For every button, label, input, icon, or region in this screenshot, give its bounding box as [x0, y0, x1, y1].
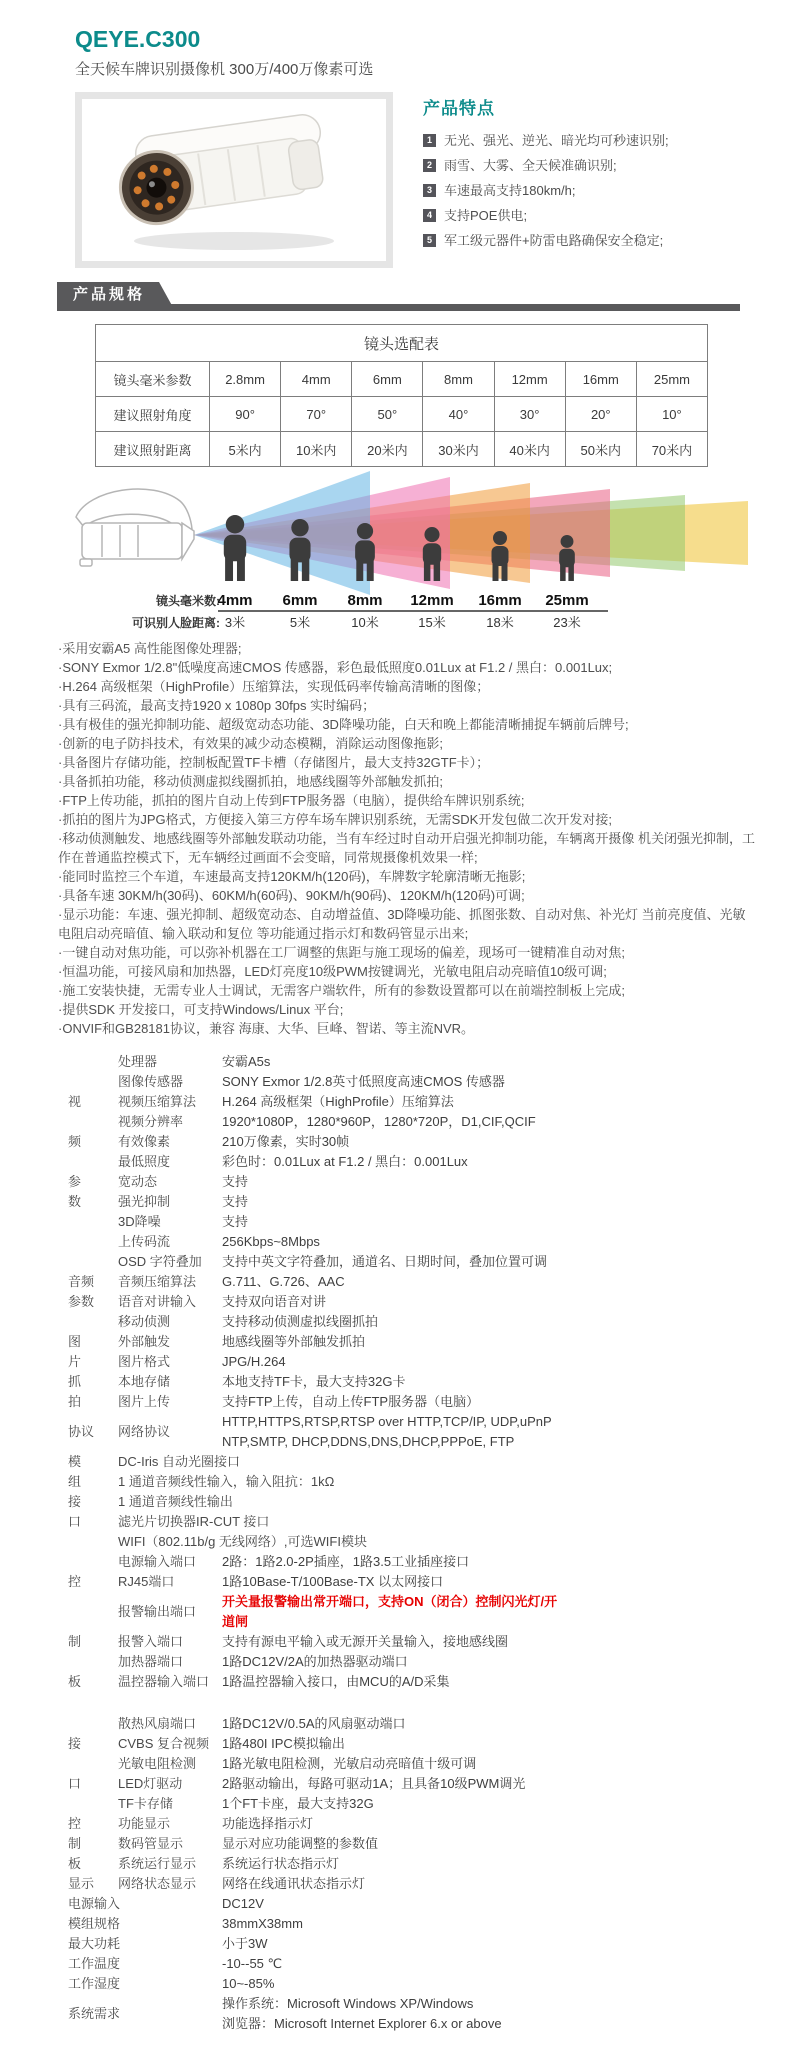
description-line: ·创新的电子防抖技术，有效果的减少动态模糊，消除运动图像拖影;	[58, 734, 758, 753]
spec-value-line: 1个FT卡座，最大支持32G	[222, 1794, 748, 1814]
spec-value: SONY Exmor 1/2.8英寸低照度高速CMOS 传感器	[222, 1072, 748, 1092]
spec-category: 口	[68, 1512, 118, 1532]
spec-category: 口	[68, 1774, 118, 1794]
spec-value-line: 支持	[222, 1172, 748, 1192]
page-header: QEYE.C300 全天候车牌识别摄像机 300万/400万像素可选	[0, 0, 800, 79]
spec-row: 数 强光抑制 支持	[68, 1192, 748, 1212]
spec-category: 制	[68, 1632, 118, 1652]
spec-value: 开关量报警输出常开端口，支持ON（闭合）控制闪光灯/开道闸	[222, 1592, 748, 1632]
spec-value: 2路驱动输出，每路可驱动1A；且具备10级PWM调光	[222, 1774, 748, 1794]
spec-label: 宽动态	[118, 1172, 222, 1192]
lens-cell: 10°	[636, 397, 707, 432]
spec-row: 参 宽动态 支持	[68, 1172, 748, 1192]
spec-value-line: 1路温控器输入接口，由MCU的A/D采集	[222, 1672, 748, 1692]
spec-value-line: G.711、G.726、AAC	[222, 1272, 748, 1292]
spec-row: TF卡存储 1个FT卡座，最大支持32G	[68, 1794, 748, 1814]
spec-label: 散热风扇端口	[118, 1714, 222, 1734]
diagram-distance-value: 15米	[418, 615, 445, 630]
spec-value-line: 小于3W	[222, 1934, 748, 1954]
lens-cell: 90°	[210, 397, 281, 432]
spec-category: 制	[68, 1834, 118, 1854]
spec-value: 地感线圈等外部触发抓拍	[222, 1332, 748, 1352]
spec-row: 音频 音频压缩算法 G.711、G.726、AAC	[68, 1272, 748, 1292]
spec-label: 本地存储	[118, 1372, 222, 1392]
spec-row: 组 1 通道音频线性输入，输入阻抗：1kΩ	[68, 1472, 748, 1492]
diagram-mm-value: 16mm	[478, 592, 521, 609]
spec-label: 图片格式	[118, 1352, 222, 1372]
spec-value: 2路：1路2.0-2P插座，1路3.5工业插座接口	[222, 1552, 748, 1572]
spec-category: 图	[68, 1332, 118, 1352]
lens-selection-table: 镜头选配表 镜头毫米参数2.8mm4mm6mm8mm12mm16mm25mm建议…	[95, 324, 708, 467]
spec-category: 显示	[68, 1874, 118, 1894]
spec-label: 强光抑制	[118, 1192, 222, 1212]
spec-value-line: 2路：1路2.0-2P插座，1路3.5工业插座接口	[222, 1552, 748, 1572]
spec-value: 1个FT卡座，最大支持32G	[222, 1794, 748, 1814]
feature-item: 3 车速最高支持180km/h;	[423, 183, 669, 199]
lens-cell: 30°	[494, 397, 565, 432]
spec-label: DC-Iris 自动光圈接口	[118, 1452, 748, 1472]
spec-label: 系统需求	[68, 2004, 222, 2024]
spec-row: 电源输入 DC12V	[68, 1894, 748, 1914]
spec-label: 工作湿度	[68, 1974, 222, 1994]
spec-row: 板 系统运行显示 系统运行状态指示灯	[68, 1854, 748, 1874]
diagram-distance-value: 3米	[225, 615, 245, 630]
spec-value: 1路10Base-T/100Base-TX 以太网接口	[222, 1572, 748, 1592]
diagram-distance-value: 23米	[553, 615, 580, 630]
lens-row-label: 建议照射距离	[96, 432, 210, 467]
spec-row: 控 RJ45端口 1路10Base-T/100Base-TX 以太网接口	[68, 1572, 748, 1592]
spec-value-line: 256Kbps~8Mbps	[222, 1232, 748, 1252]
diagram-row2-label: 可识别人脸距离:	[132, 615, 220, 630]
spec-value-line: 浏览器：Microsoft Internet Explorer 6.x or a…	[222, 2014, 748, 2034]
spec-label: WIFI（802.11b/g 无线网络）,可选WIFI模块	[118, 1532, 748, 1552]
description-line: ·提供SDK 开发接口，可支持Windows/Linux 平台;	[58, 1000, 758, 1019]
range-diagram-svg: 镜头毫米数:可识别人脸距离:4mm3米6mm5米8mm10米12mm15米16m…	[60, 469, 750, 631]
spec-row: 接 1 通道音频线性输出	[68, 1492, 748, 1512]
spec-row: 散热风扇端口 1路DC12V/0.5A的风扇驱动端口	[68, 1714, 748, 1734]
person-icon	[224, 515, 246, 581]
lens-cell: 12mm	[494, 362, 565, 397]
spec-category: 控	[68, 1572, 118, 1592]
description-line: ·具备车速 30KM/h(30码)、60KM/h(60码)、90KM/h(90码…	[58, 886, 758, 905]
spec-value: 支持有源电平输入或无源开关量输入，接地感线圈	[222, 1632, 748, 1652]
spec-row: 协议 网络协议 HTTP,HTTPS,RTSP,RTSP over HTTP,T…	[68, 1412, 748, 1452]
spec-label: 1 通道音频线性输出	[118, 1492, 748, 1512]
feature-item: 1 无光、强光、逆光、暗光均可秒速识别;	[423, 133, 669, 149]
person-icon	[559, 535, 575, 581]
spec-value: 1路DC12V/0.5A的风扇驱动端口	[222, 1714, 748, 1734]
spec-value: 10~-85%	[222, 1974, 748, 1994]
spec-row: 参数 语音对讲输入 支持双向语音对讲	[68, 1292, 748, 1312]
spec-value: 1路480I IPC模拟输出	[222, 1734, 748, 1754]
description-line: ·ONVIF和GB28181协议，兼容 海康、大华、巨峰、智诺、等主流NVR。	[58, 1019, 758, 1038]
lens-cell: 8mm	[423, 362, 494, 397]
description-line: ·具有三码流，最高支持1920 x 1080p 30fps 实时编码；	[58, 696, 758, 715]
spec-row: 抓 本地存储 本地支持TF卡，最大支持32G卡	[68, 1372, 748, 1392]
spec-row: 模组规格 38mmX38mm	[68, 1914, 748, 1934]
spec-label: 网络状态显示	[118, 1874, 222, 1894]
spec-row: 口 滤光片切换器IR-CUT 接口	[68, 1512, 748, 1532]
spec-category: 参数	[68, 1292, 118, 1312]
feature-number-badge: 2	[423, 159, 436, 172]
spec-label: OSD 字符叠加	[118, 1252, 222, 1272]
spec-value-line: 10~-85%	[222, 1974, 748, 1994]
spec-row: 加热器端口 1路DC12V/2A的加热器驱动端口	[68, 1652, 748, 1672]
spec-value: 支持中英文字符叠加，通道名、日期时间，叠加位置可调	[222, 1252, 748, 1272]
diagram-mm-value: 8mm	[347, 592, 382, 609]
description-line: ·采用安霸A5 高性能图像处理器;	[58, 639, 758, 658]
spec-value-line: 操作系统：Microsoft Windows XP/Windows	[222, 1994, 748, 2014]
spec-value-line: 地感线圈等外部触发抓拍	[222, 1332, 748, 1352]
description-line: ·具有极佳的强光抑制功能、超级宽动态功能、3D降噪功能，白天和晚上都能清晰捕捉车…	[58, 715, 758, 734]
spec-label: 系统运行显示	[118, 1854, 222, 1874]
spec-category: 板	[68, 1672, 118, 1692]
description-line: ·SONY Exmor 1/2.8"低噪度高速CMOS 传感器，彩色最低照度0.…	[58, 658, 758, 677]
spec-label: RJ45端口	[118, 1572, 222, 1592]
spec-row: 频 有效像素 210万像素，实时30帧	[68, 1132, 748, 1152]
feature-item: 2 雨雪、大雾、全天候准确识别;	[423, 158, 669, 174]
spec-category: 抓	[68, 1372, 118, 1392]
spec-table: 处理器 安霸A5s 图像传感器 SONY Exmor 1/2.8英寸低照度高速C…	[68, 1052, 748, 2034]
product-model-title: QEYE.C300	[75, 26, 800, 53]
diagram-distance-value: 18米	[486, 615, 513, 630]
spec-label: 视频压缩算法	[118, 1092, 222, 1112]
spec-row: 最低照度 彩色时：0.01Lux at F1.2 / 黑白：0.001Lux	[68, 1152, 748, 1172]
description-line: ·能同时监控三个车道，车速最高支持120KM/h(120码)，车牌数字轮廓清晰无…	[58, 867, 758, 886]
spec-row: OSD 字符叠加 支持中英文字符叠加，通道名、日期时间，叠加位置可调	[68, 1252, 748, 1272]
lens-cell: 70米内	[636, 432, 707, 467]
spec-value: 操作系统：Microsoft Windows XP/Windows浏览器：Mic…	[222, 1994, 748, 2034]
diagram-distance-value: 10米	[351, 615, 378, 630]
spec-category: 组	[68, 1472, 118, 1492]
description-line: ·H.264 高级框架（HighProfile）压缩算法，实现低码率传输高清晰的…	[58, 677, 758, 696]
spec-value: 210万像素，实时30帧	[222, 1132, 748, 1152]
spec-value: 1路DC12V/2A的加热器驱动端口	[222, 1652, 748, 1672]
spec-row: 制 数码管显示 显示对应功能调整的参数值	[68, 1834, 748, 1854]
lens-table-row: 建议照射距离5米内10米内20米内30米内40米内50米内70米内	[96, 432, 708, 467]
feature-number-badge: 5	[423, 234, 436, 247]
diagram-distance-value: 5米	[290, 615, 310, 630]
spec-label: 移动侦测	[118, 1312, 222, 1332]
spec-value-line: 支持中英文字符叠加，通道名、日期时间，叠加位置可调	[222, 1252, 748, 1272]
spec-label: 模组规格	[68, 1914, 222, 1934]
spec-category: 片	[68, 1352, 118, 1372]
spec-value: -10--55 ℃	[222, 1954, 748, 1974]
lens-cell: 6mm	[352, 362, 423, 397]
lens-cell: 70°	[281, 397, 352, 432]
spec-row: 显示 网络状态显示 网络在线通讯状态指示灯	[68, 1874, 748, 1894]
spec-value-line: 支持	[222, 1212, 748, 1232]
spec-category: 协议	[68, 1422, 118, 1442]
spec-value-line: 1路光敏电阻检测，光敏启动亮暗值十级可调	[222, 1754, 748, 1774]
spec-label: 处理器	[118, 1052, 222, 1072]
spec-value-line: 安霸A5s	[222, 1052, 748, 1072]
description-line: ·显示功能：车速、强光抑制、超级宽动态、自动增益值、3D降噪功能、抓图张数、自动…	[58, 905, 758, 943]
spec-value-line: 支持FTP上传，自动上传FTP服务器（电脑）	[222, 1392, 748, 1412]
lens-cell: 16mm	[565, 362, 636, 397]
spec-value-line: -10--55 ℃	[222, 1954, 748, 1974]
lens-cell: 10米内	[281, 432, 352, 467]
spec-row: 图 外部触发 地感线圈等外部触发抓拍	[68, 1332, 748, 1352]
spec-row: 工作湿度 10~-85%	[68, 1974, 748, 1994]
spec-value: 显示对应功能调整的参数值	[222, 1834, 748, 1854]
description-line: ·施工安装快捷，无需专业人士调试，无需客户端软件，所有的参数设置都可以在前端控制…	[58, 981, 758, 1000]
beam-cones	[194, 471, 748, 595]
product-overview-row: 产品特点 1 无光、强光、逆光、暗光均可秒速识别; 2 雨雪、大雾、全天候准确识…	[75, 92, 800, 268]
spec-value-line: HTTP,HTTPS,RTSP,RTSP over HTTP,TCP/IP, U…	[222, 1412, 748, 1432]
spec-label: 温控器输入端口	[118, 1672, 222, 1692]
spec-value: HTTP,HTTPS,RTSP,RTSP over HTTP,TCP/IP, U…	[222, 1412, 748, 1452]
spec-label: 音频压缩算法	[118, 1272, 222, 1292]
spec-row: 处理器 安霸A5s	[68, 1052, 748, 1072]
description-line: ·抓拍的图片为JPG格式，方便接入第三方停车场车牌识别系统，无需SDK开发包做二…	[58, 810, 758, 829]
description-line: ·移动侦测触发、地感线圈等外部触发联动功能，当有车经过时自动开启强光抑制功能，车…	[58, 829, 758, 867]
spec-row: 图像传感器 SONY Exmor 1/2.8英寸低照度高速CMOS 传感器	[68, 1072, 748, 1092]
beam-cone	[194, 471, 370, 595]
spec-value-line: 功能选择指示灯	[222, 1814, 748, 1834]
spec-value-line: NTP,SMTP, DHCP,DDNS,DNS,DHCP,PPPoE, FTP	[222, 1432, 748, 1452]
spec-label: 图片上传	[118, 1392, 222, 1412]
spec-row: 制 报警入端口 支持有源电平输入或无源开关量输入，接地感线圈	[68, 1632, 748, 1652]
feature-text: 雨雪、大雾、全天候准确识别;	[444, 158, 617, 174]
spec-value-line: 支持	[222, 1192, 748, 1212]
spec-row: 光敏电阻检测 1路光敏电阻检测，光敏启动亮暗值十级可调	[68, 1754, 748, 1774]
spec-value-line: 1920*1080P，1280*960P，1280*720P，D1,CIF,QC…	[222, 1112, 748, 1132]
spec-label: 滤光片切换器IR-CUT 接口	[118, 1512, 748, 1532]
spec-row: 系统需求 操作系统：Microsoft Windows XP/Windows浏览…	[68, 1994, 748, 2034]
spec-value: 网络在线通讯状态指示灯	[222, 1874, 748, 1894]
spec-label: 最大功耗	[68, 1934, 222, 1954]
spec-row: 拍 图片上传 支持FTP上传，自动上传FTP服务器（电脑）	[68, 1392, 748, 1412]
spec-row: 报警输出端口 开关量报警输出常开端口，支持ON（闭合）控制闪光灯/开道闸	[68, 1592, 748, 1632]
feature-number-badge: 1	[423, 134, 436, 147]
spec-label: 网络协议	[118, 1422, 222, 1442]
description-line: ·FTP上传功能，抓拍的图片自动上传到FTP服务器（电脑），提供给车牌识别系统;	[58, 791, 758, 810]
spec-row: WIFI（802.11b/g 无线网络）,可选WIFI模块	[68, 1532, 748, 1552]
spec-category: 拍	[68, 1392, 118, 1412]
spec-value: H.264 高级框架（HighProfile）压缩算法	[222, 1092, 748, 1112]
spec-category: 接	[68, 1492, 118, 1512]
lens-cell: 20°	[565, 397, 636, 432]
spec-value-line: 支持有源电平输入或无源开关量输入，接地感线圈	[222, 1632, 748, 1652]
lens-cell: 40°	[423, 397, 494, 432]
spec-value: 安霸A5s	[222, 1052, 748, 1072]
spec-value: 彩色时：0.01Lux at F1.2 / 黑白：0.001Lux	[222, 1152, 748, 1172]
spec-value: DC12V	[222, 1894, 748, 1914]
description-line: ·一键自动对焦功能，可以弥补机器在工厂调整的焦距与施工现场的偏差，现场可一键精准…	[58, 943, 758, 962]
spec-value-line: 支持移动侦测虚拟线圈抓拍	[222, 1312, 748, 1332]
spec-value-line: 显示对应功能调整的参数值	[222, 1834, 748, 1854]
feature-text: 军工级元器件+防雷电路确保安全稳定;	[444, 233, 663, 249]
spec-category: 频	[68, 1132, 118, 1152]
spec-value: 功能选择指示灯	[222, 1814, 748, 1834]
lens-cell: 30米内	[423, 432, 494, 467]
spec-value: JPG/H.264	[222, 1352, 748, 1372]
spec-value: 38mmX38mm	[222, 1914, 748, 1934]
spec-row: 视 视频压缩算法 H.264 高级框架（HighProfile）压缩算法	[68, 1092, 748, 1112]
spec-row: 口 LED灯驱动 2路驱动输出，每路可驱动1A；且具备10级PWM调光	[68, 1774, 748, 1794]
spec-label: 工作温度	[68, 1954, 222, 1974]
spec-label: 电源输入	[68, 1894, 222, 1914]
spec-value: 支持	[222, 1212, 748, 1232]
spec-value-line: 网络在线通讯状态指示灯	[222, 1874, 748, 1894]
section-title: 产品规格	[57, 282, 175, 311]
spec-label: 外部触发	[118, 1332, 222, 1352]
spec-value: 支持	[222, 1172, 748, 1192]
spec-value: 1920*1080P，1280*960P，1280*720P，D1,CIF,QC…	[222, 1112, 748, 1132]
diagram-labels: 镜头毫米数:可识别人脸距离:4mm3米6mm5米8mm10米12mm15米16m…	[132, 592, 608, 630]
spec-label: 1 通道音频线性输入，输入阻抗：1kΩ	[118, 1472, 748, 1492]
spec-value-line: SONY Exmor 1/2.8英寸低照度高速CMOS 传感器	[222, 1072, 748, 1092]
spec-value-line: 1路10Base-T/100Base-TX 以太网接口	[222, 1572, 748, 1592]
spec-label: 电源输入端口	[118, 1552, 222, 1572]
spec-value-line: 38mmX38mm	[222, 1914, 748, 1934]
spec-row: 移动侦测 支持移动侦测虚拟线圈抓拍	[68, 1312, 748, 1332]
description-line: ·具备图片存储功能，控制板配置TF卡槽（存储图片，最大支持32GTF卡）；	[58, 753, 758, 772]
product-photo	[75, 92, 393, 268]
spec-label: 有效像素	[118, 1132, 222, 1152]
spec-label: 数码管显示	[118, 1834, 222, 1854]
spec-row: 工作温度 -10--55 ℃	[68, 1954, 748, 1974]
feature-number-badge: 3	[423, 184, 436, 197]
spec-row: 上传码流 256Kbps~8Mbps	[68, 1232, 748, 1252]
spec-row: 电源输入端口 2路：1路2.0-2P插座，1路3.5工业插座接口	[68, 1552, 748, 1572]
lens-row-label: 镜头毫米参数	[96, 362, 210, 397]
features-list: 1 无光、强光、逆光、暗光均可秒速识别; 2 雨雪、大雾、全天候准确识别; 3 …	[423, 133, 669, 249]
spec-category: 音频	[68, 1272, 118, 1292]
spec-value-line: 开关量报警输出常开端口，支持ON（闭合）控制闪光灯/开	[222, 1592, 748, 1612]
person-icon	[289, 519, 310, 581]
diagram-mm-value: 12mm	[410, 592, 453, 609]
lens-cell: 50米内	[565, 432, 636, 467]
lens-cell: 20米内	[352, 432, 423, 467]
spec-value: 小于3W	[222, 1934, 748, 1954]
feature-number-badge: 4	[423, 209, 436, 222]
spec-row: 片 图片格式 JPG/H.264	[68, 1352, 748, 1372]
spec-category: 接	[68, 1734, 118, 1754]
lens-cell: 2.8mm	[210, 362, 281, 397]
lens-cell: 5米内	[210, 432, 281, 467]
spec-row: 视频分辨率 1920*1080P，1280*960P，1280*720P，D1,…	[68, 1112, 748, 1132]
spec-label: TF卡存储	[118, 1794, 222, 1814]
spec-value-line: 1路480I IPC模拟输出	[222, 1734, 748, 1754]
section-ribbon: 产品规格	[57, 282, 740, 311]
spec-label: 加热器端口	[118, 1652, 222, 1672]
spec-value-line: 支持双向语音对讲	[222, 1292, 748, 1312]
spec-value-line: 系统运行状态指示灯	[222, 1854, 748, 1874]
diagram-mm-value: 25mm	[545, 592, 588, 609]
description-line: ·具备抓拍功能，移动侦测虚拟线圈抓拍，地感线圈等外部触发抓拍;	[58, 772, 758, 791]
spec-label: 图像传感器	[118, 1072, 222, 1092]
spec-label: 光敏电阻检测	[118, 1754, 222, 1774]
spec-value: 支持双向语音对讲	[222, 1292, 748, 1312]
product-subtitle: 全天候车牌识别摄像机 300万/400万像素可选	[75, 58, 800, 79]
lens-cell: 40米内	[494, 432, 565, 467]
lens-table-title: 镜头选配表	[96, 325, 708, 362]
spec-value-line: 彩色时：0.01Lux at F1.2 / 黑白：0.001Lux	[222, 1152, 748, 1172]
diagram-row1-label: 镜头毫米数:	[156, 593, 220, 608]
lens-table-row: 镜头毫米参数2.8mm4mm6mm8mm12mm16mm25mm	[96, 362, 708, 397]
spec-value-line: 道闸	[222, 1612, 748, 1632]
camera-line-drawing	[76, 489, 194, 566]
spec-value-line: 本地支持TF卡，最大支持32G卡	[222, 1372, 748, 1392]
spec-value: 支持FTP上传，自动上传FTP服务器（电脑）	[222, 1392, 748, 1412]
spec-value-line: DC12V	[222, 1894, 748, 1914]
spec-category: 视	[68, 1092, 118, 1112]
lens-cell: 50°	[352, 397, 423, 432]
spec-category: 参	[68, 1172, 118, 1192]
feature-text: 无光、强光、逆光、暗光均可秒速识别;	[444, 133, 669, 149]
feature-item: 5 军工级元器件+防雷电路确保安全稳定;	[423, 233, 669, 249]
spec-label: 视频分辨率	[118, 1112, 222, 1132]
spec-label: 报警入端口	[118, 1632, 222, 1652]
spec-category: 模	[68, 1452, 118, 1472]
spec-label: 3D降噪	[118, 1212, 222, 1232]
camera-photo-illustration	[82, 99, 386, 261]
lens-cell: 25mm	[636, 362, 707, 397]
description-line: ·恒温功能，可接风扇和加热器，LED灯亮度10级PWM按键调光，光敏电阻启动亮暗…	[58, 962, 758, 981]
spec-value: 1路光敏电阻检测，光敏启动亮暗值十级可调	[222, 1754, 748, 1774]
feature-item: 4 支持POE供电;	[423, 208, 669, 224]
diagram-mm-value: 6mm	[282, 592, 317, 609]
lens-table-row: 建议照射角度90°70°50°40°30°20°10°	[96, 397, 708, 432]
feature-text: 车速最高支持180km/h;	[444, 183, 575, 199]
diagram-mm-value: 4mm	[217, 592, 252, 609]
spec-value-line: JPG/H.264	[222, 1352, 748, 1372]
spec-row: 模 DC-Iris 自动光圈接口	[68, 1452, 748, 1472]
spec-value-line: 1路DC12V/0.5A的风扇驱动端口	[222, 1714, 748, 1734]
spec-value-line: H.264 高级框架（HighProfile）压缩算法	[222, 1092, 748, 1112]
spec-category: 数	[68, 1192, 118, 1212]
spec-row: 3D降噪 支持	[68, 1212, 748, 1232]
spec-value-line: 210万像素，实时30帧	[222, 1132, 748, 1152]
product-description-list: ·采用安霸A5 高性能图像处理器;·SONY Exmor 1/2.8"低噪度高速…	[58, 639, 758, 1038]
spec-value-line: 2路驱动输出，每路可驱动1A；且具备10级PWM调光	[222, 1774, 748, 1794]
product-features: 产品特点 1 无光、强光、逆光、暗光均可秒速识别; 2 雨雪、大雾、全天候准确识…	[423, 92, 669, 268]
spec-value: G.711、G.726、AAC	[222, 1272, 748, 1292]
lens-row-label: 建议照射角度	[96, 397, 210, 432]
spec-label: 语音对讲输入	[118, 1292, 222, 1312]
spec-value: 支持	[222, 1192, 748, 1212]
features-heading: 产品特点	[423, 94, 669, 119]
lens-cell: 4mm	[281, 362, 352, 397]
spec-value: 本地支持TF卡，最大支持32G卡	[222, 1372, 748, 1392]
spec-row: 板 温控器输入端口 1路温控器输入接口，由MCU的A/D采集	[68, 1672, 748, 1692]
spec-row: 最大功耗 小于3W	[68, 1934, 748, 1954]
spec-value: 支持移动侦测虚拟线圈抓拍	[222, 1312, 748, 1332]
spec-value: 1路温控器输入接口，由MCU的A/D采集	[222, 1672, 748, 1692]
spec-label: LED灯驱动	[118, 1774, 222, 1794]
spec-label: CVBS 复合视频	[118, 1734, 222, 1754]
spec-label: 报警输出端口	[118, 1602, 222, 1622]
spec-row: 控 功能显示 功能选择指示灯	[68, 1814, 748, 1834]
spec-value: 系统运行状态指示灯	[222, 1854, 748, 1874]
spec-category: 控	[68, 1814, 118, 1834]
lens-range-diagram: 镜头毫米数:可识别人脸距离:4mm3米6mm5米8mm10米12mm15米16m…	[60, 469, 750, 631]
spec-label: 上传码流	[118, 1232, 222, 1252]
spec-value-line: 1路DC12V/2A的加热器驱动端口	[222, 1652, 748, 1672]
spec-row: 接 CVBS 复合视频 1路480I IPC模拟输出	[68, 1734, 748, 1754]
spec-value: 256Kbps~8Mbps	[222, 1232, 748, 1252]
spec-label: 功能显示	[118, 1814, 222, 1834]
spec-label: 最低照度	[118, 1152, 222, 1172]
spec-category: 板	[68, 1854, 118, 1874]
feature-text: 支持POE供电;	[444, 208, 527, 224]
